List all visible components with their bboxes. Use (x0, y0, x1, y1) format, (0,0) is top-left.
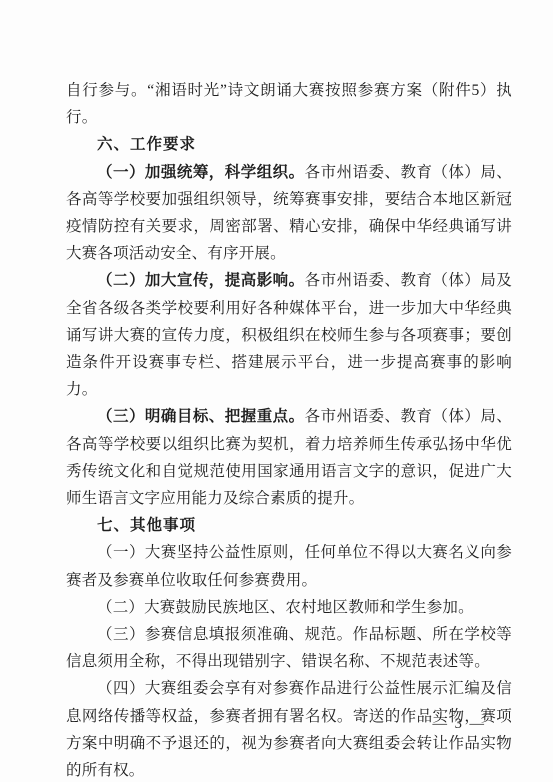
document-page: 自行参与。“湘语时光”诗文朗诵大赛按照参赛方案（附件5）执行。 六、工作要求 （… (0, 0, 553, 782)
paragraph-lead: （二）加大宣传，提高影响。 (97, 272, 305, 289)
section-heading-7: 七、其他事项 (66, 512, 512, 539)
paragraph-lead: （一）加强统筹，科学组织。 (97, 164, 305, 181)
body-paragraph: （三）明确目标、把握重点。各市州语委、教育（体）局、各高等学校要以组织比赛为契机… (66, 403, 512, 512)
document-body: 自行参与。“湘语时光”诗文朗诵大赛按照参赛方案（附件5）执行。 六、工作要求 （… (66, 77, 512, 782)
paragraph-lead: （三）明确目标、把握重点。 (97, 408, 305, 425)
section-heading-6: 六、工作要求 (66, 131, 512, 158)
body-paragraph: （二）加大宣传，提高影响。各市州语委、教育（体）局及全省各级各类学校要利用好各种… (66, 267, 512, 403)
body-paragraph: （一）大赛坚持公益性原则，任何单位不得以大赛名义向参赛者及参赛单位收取任何参赛费… (66, 539, 512, 593)
body-paragraph: （二）大赛鼓励民族地区、农村地区教师和学生参加。 (66, 594, 512, 621)
body-paragraph-continuation: 自行参与。“湘语时光”诗文朗诵大赛按照参赛方案（附件5）执行。 (66, 77, 512, 131)
body-paragraph: （三）参赛信息填报须准确、规范。作品标题、所在学校等信息须用全称，不得出现错别字… (66, 621, 512, 675)
page-number: — 3 — (433, 716, 487, 733)
paragraph-text: 各市州语委、教育（体）局及全省各级各类学校要利用好各种媒体平台，进一步加大中华经… (66, 272, 512, 398)
body-paragraph: （一）加强统筹，科学组织。各市州语委、教育（体）局、各高等学校要加强组织领导，统… (66, 159, 512, 268)
